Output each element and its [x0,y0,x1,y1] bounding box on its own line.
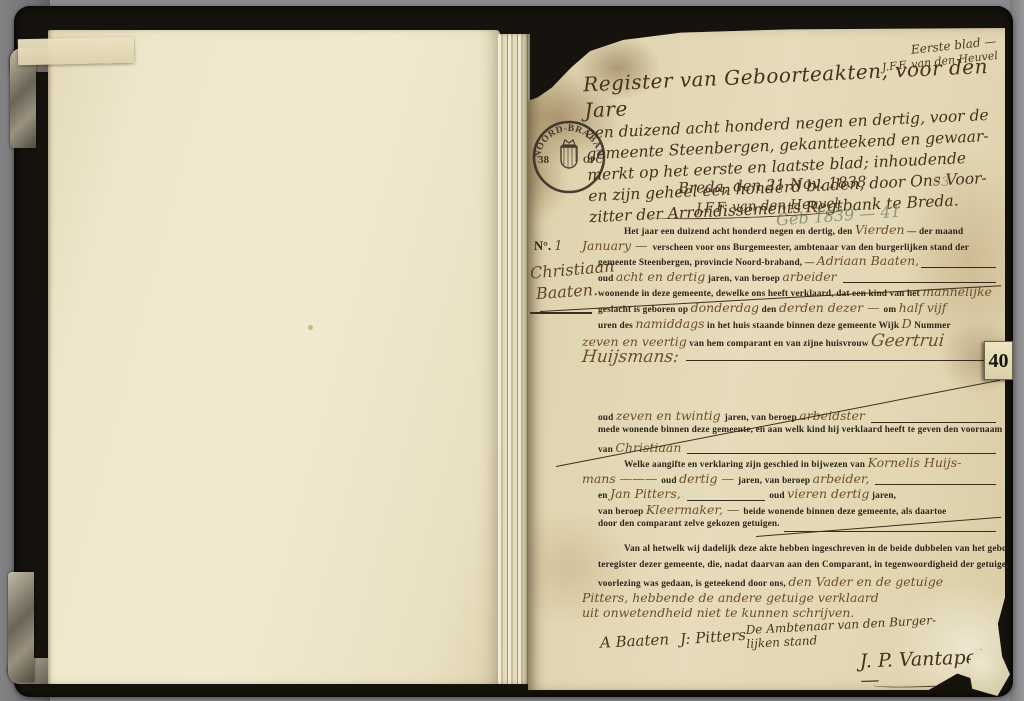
ruled-line [687,453,996,454]
printed-text: teregister dezer gemeente, die, nadat da… [598,561,1014,570]
handwritten-text: namiddags [635,318,704,331]
printed-text: mede wonende binnen deze gemeente, en aa… [598,426,1002,435]
printed-text: oud [598,275,616,284]
pencil-number: 53 [933,176,950,189]
printed-text: uren des [598,322,635,331]
printed-text: oud [767,492,787,501]
tape-strip [18,37,135,65]
margin-child-surname: Baaten. [536,282,599,302]
page-stack-gutter [498,34,530,684]
act-line: Huijsmans: [582,349,998,365]
printed-text: verscheen voor ons Burgemeester, ambtena… [648,244,969,253]
printed-text: door den comparant zelve gekozen getuige… [598,520,782,529]
handwritten-text: derden dezer — [779,302,884,315]
printed-text: jaren, [869,492,896,501]
paper-spot [308,325,313,330]
signature-father: A Baaten [600,632,670,651]
ruled-line [843,282,996,283]
stamp-right-value: OPC [583,155,602,165]
signature-witness: J: Pitters [680,628,747,648]
svg-text:NOORD-BRABAND: NOORD-BRABAND [530,118,605,159]
metal-corner-bottom-left [8,572,34,682]
handwritten-text: January — [582,240,648,253]
act-line: Het jaar een duizend acht honderd negen … [598,224,998,240]
printed-text: van [598,446,615,455]
handwritten-text: Kleermaker, — [646,504,743,517]
ruled-line [686,360,996,361]
ruled-line [921,267,996,268]
printed-text: oud [598,414,616,423]
printed-text: van hem comparant en van zijne huisvrouw [687,340,871,349]
handwritten-text: acht en dertig [616,271,705,284]
printed-text: Welke aangifte en verklaring zijn geschi… [624,461,868,470]
printed-text: den [759,306,779,315]
noord-braband-stamp: NOORD-BRABAND 38 OPC [530,118,608,196]
handwritten-text: uit onwetendheid niet te kunnen schrijve… [582,607,854,620]
handwritten-text: zeven en twintig [616,410,725,423]
printed-text: jaren, van beroep [725,414,800,423]
left-blank-page [48,30,500,684]
act-number: N°. 1 [534,240,563,253]
handwritten-text: Huijsmans: [581,349,685,366]
act-number-label: N°. [534,239,551,253]
printed-text: oud [661,477,679,486]
register-page: Eerste blad — J.F.F. van den Heuvel Regi… [528,28,1005,690]
handwritten-text: Vierden [855,224,905,237]
handwritten-text: arbeider [782,271,840,284]
ruled-line [875,484,996,485]
printed-text: jaren, van beroep [738,477,813,486]
printed-text: Van al hetwelk wij dadelijk deze akte he… [624,545,1019,554]
printed-text: om [884,306,899,315]
handwritten-text: Kornelis Huijs- [868,457,962,470]
margin-dash [530,312,592,314]
printed-text: van beroep [598,508,646,517]
printed-text: in het huis staande binnen deze gemeente… [705,322,902,331]
act-line: van beroep Kleermaker, — beide wonende b… [598,504,998,520]
act-lines: Het jaar een duizend acht honderd negen … [598,224,998,623]
printed-text: jaren, van beroep [705,275,782,284]
handwritten-text: half vijf [899,302,947,315]
handwritten-text: arbeider, [813,473,874,486]
stamp-crowned-shield [561,140,577,168]
printed-text: beide wonende binnen deze gemeente, als … [743,508,946,517]
page-number-tab: 40 [984,341,1013,380]
ruled-line [687,500,765,501]
handwritten-text: mans ——— [582,473,661,486]
printed-text: — der maand [905,228,964,237]
ruled-line [871,422,996,423]
act-number-value: 1 [554,239,562,254]
act-line: Van al hetwelk wij dadelijk deze akte he… [598,545,998,561]
handwritten-text: Pitters, hebbende de andere getuige verk… [582,592,879,605]
stamp-arc-text: NOORD-BRABAND [530,118,605,159]
handwritten-text: D [902,318,912,331]
printed-text: Het jaar een duizend acht honderd negen … [624,228,855,237]
handwritten-text: Geertrui [870,333,945,350]
printed-text: gemeente Steenbergen, provincie Noord-br… [598,259,817,268]
handwritten-text: vieren dertig [787,488,869,501]
stamp-left-value: 38 [538,154,550,166]
act-line: January — verscheen voor ons Burgemeeste… [582,240,998,256]
handwritten-text: den Vader en de getuige [788,576,943,589]
handwritten-text: donderdag [691,302,759,315]
printed-text: voorlezing was gedaan, is geteekend door… [598,580,788,589]
printed-text: en [598,492,610,501]
printed-text: Nummer [912,322,951,331]
handwritten-text: dertig — [679,473,738,486]
handwritten-text: Adriaan Baaten, [817,255,919,268]
handwritten-text: Jan Pitters, [610,488,685,501]
